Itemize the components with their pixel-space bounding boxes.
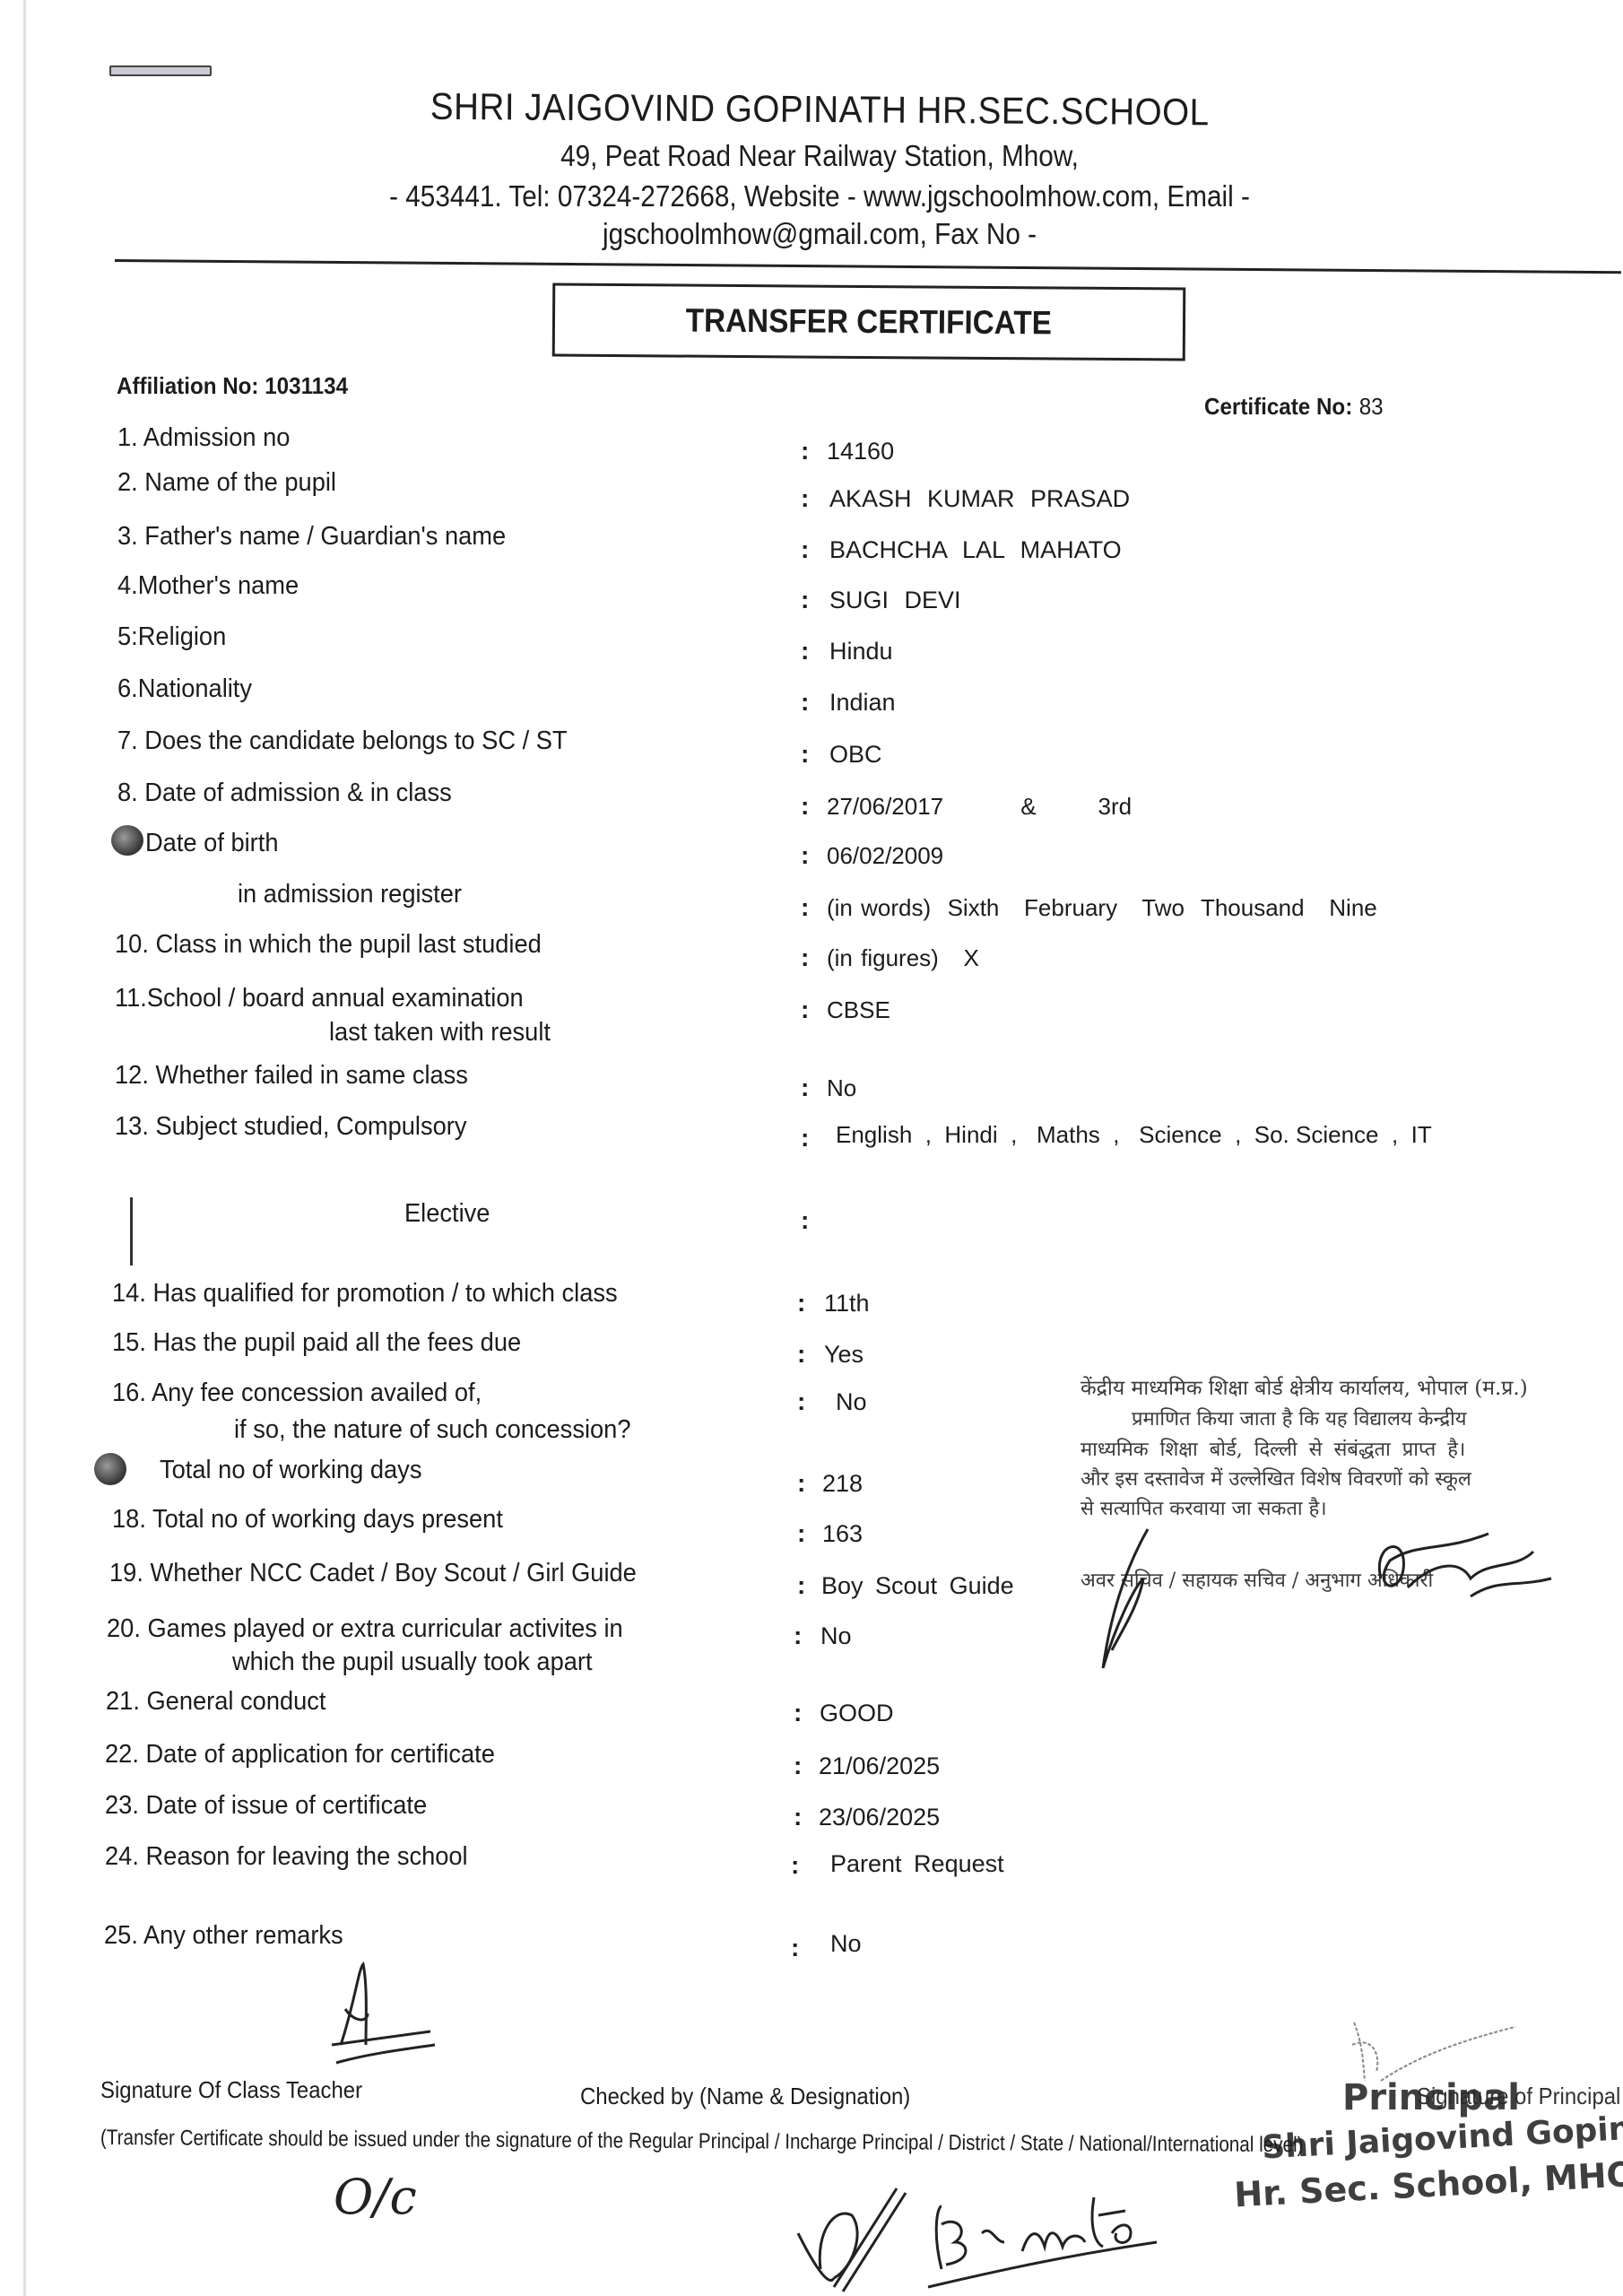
field-value-subjects-compulsory: English , Hindi , Maths , Science , So. … <box>836 1121 1432 1149</box>
affiliation-number: Affiliation No: 1031134 <box>117 372 348 400</box>
field-value-admission-date: 27/06/2017 & 3rd <box>827 793 1132 821</box>
class-teacher-signature <box>305 1960 430 2076</box>
certificate-value: 83 <box>1359 393 1384 420</box>
field-separator: : <box>801 437 809 465</box>
field-label-date-of-birth: Date of birth <box>145 829 279 858</box>
stamp-line-3: माध्यमिक शिक्षा बोर्ड, दिल्ली से संबंद्ध… <box>1081 1435 1465 1462</box>
field-separator: : <box>801 1074 809 1102</box>
field-separator: : <box>797 1289 805 1318</box>
stamp-signature-left <box>1094 1525 1166 1677</box>
field-value-fees-paid: Yes <box>824 1341 864 1369</box>
field-label-nationality: 6.Nationality <box>117 674 252 704</box>
field-separator: : <box>797 1387 805 1416</box>
field-value-category: OBC <box>829 741 882 769</box>
field-value-board-exam: CBSE <box>827 996 890 1024</box>
field-label-fees-paid: 15. Has the pupil paid all the fees due <box>112 1328 521 1358</box>
affiliation-value: 1031134 <box>265 372 348 399</box>
field-label-issue-date: 23. Date of issue of certificate <box>105 1791 427 1821</box>
principal-signature <box>1345 2018 1524 2090</box>
field-value-pupil-name: AKASH KUMAR PRASAD <box>829 485 1130 513</box>
field-label-category: 7. Does the candidate belongs to SC / ST <box>117 726 568 756</box>
certificate-number: Certificate No:83 <box>1204 393 1384 421</box>
field-value-extracurricular: No <box>820 1622 852 1650</box>
field-label-promotion: 14. Has qualified for promotion / to whi… <box>112 1279 618 1309</box>
pen-mark <box>130 1197 133 1265</box>
field-value-father-name: BACHCHA LAL MAHATO <box>829 536 1122 564</box>
field-value-days-present: 163 <box>822 1520 863 1548</box>
field-separator: : <box>791 1934 799 1962</box>
field-label-days-present: 18. Total no of working days present <box>112 1505 503 1535</box>
punch-hole-mark <box>111 825 143 856</box>
field-value-conduct: GOOD <box>820 1700 894 1727</box>
field-separator: : <box>797 1469 805 1498</box>
field-separator: : <box>801 637 809 665</box>
field-separator: : <box>794 1622 802 1650</box>
field-value-admission-no: 14160 <box>827 438 894 465</box>
field-label-admission-register: in admission register <box>238 880 462 909</box>
field-value-nationality: Indian <box>829 689 896 717</box>
field-separator: : <box>794 1752 802 1780</box>
field-label-failed: 12. Whether failed in same class <box>115 1061 468 1091</box>
handwritten-oc-note: O/c <box>334 2169 417 2225</box>
field-label-conduct: 21. General conduct <box>106 1687 326 1717</box>
field-separator: : <box>791 1851 799 1880</box>
field-separator: : <box>801 841 809 870</box>
field-value-application-date: 21/06/2025 <box>819 1752 940 1780</box>
field-separator: : <box>794 1803 802 1831</box>
field-label-working-days: Total no of working days <box>160 1456 421 1485</box>
field-separator: : <box>801 792 809 821</box>
field-label-mother-name: 4.Mother's name <box>117 571 299 601</box>
field-value-dob-in-words: (in words) Sixth February Two Thousand N… <box>827 894 1377 922</box>
field-separator: : <box>801 944 809 972</box>
stamp-line-2: प्रमाणित किया जाता है कि यह विद्यालय केन… <box>1132 1405 1467 1431</box>
field-value-working-days: 218 <box>822 1470 863 1498</box>
field-separator: : <box>801 535 809 564</box>
field-label-last-class: 10. Class in which the pupil last studie… <box>115 930 542 960</box>
stamp-line-5: से सत्यापित करवाया जा सकता है। <box>1081 1494 1327 1521</box>
field-value-promotion: 11th <box>824 1290 870 1318</box>
field-separator: : <box>801 1206 809 1235</box>
field-separator: : <box>797 1340 805 1369</box>
field-label-subjects-compulsory: 13. Subject studied, Compulsory <box>115 1112 466 1142</box>
document-title: TRANSFER CERTIFICATE <box>686 302 1053 343</box>
header-divider <box>115 259 1621 274</box>
school-address-line1: 49, Peat Road Near Railway Station, Mhow… <box>82 139 1542 173</box>
field-separator: : <box>797 1519 805 1548</box>
school-address-line2: - 453441. Tel: 07324-272668, Website - w… <box>82 179 1542 213</box>
scan-edge <box>23 0 26 2296</box>
field-label-pupil-name: 2. Name of the pupil <box>117 468 336 498</box>
stamp-signature-right <box>1363 1525 1569 1623</box>
field-label-ncc-scout: 19. Whether NCC Cadet / Boy Scout / Girl… <box>109 1559 637 1588</box>
field-label-fee-concession: 16. Any fee concession availed of, <box>112 1378 482 1408</box>
field-value-ncc-scout: Boy Scout Guide <box>821 1572 1014 1600</box>
footer-note: (Transfer Certificate should be issued u… <box>100 2126 1304 2158</box>
staple-mark <box>109 65 212 76</box>
field-separator: : <box>801 996 809 1024</box>
field-separator: : <box>797 1571 805 1600</box>
field-value-remarks: No <box>830 1930 862 1958</box>
field-value-mother-name: SUGI DEVI <box>829 587 961 614</box>
punch-hole-mark <box>94 1453 126 1485</box>
field-separator: : <box>801 688 809 717</box>
field-label-extracurricular: 20. Games played or extra curricular act… <box>107 1614 623 1644</box>
field-label-board-exam: 11.School / board annual examination <box>115 984 524 1013</box>
field-label-admission-date: 8. Date of admission & in class <box>117 778 452 808</box>
field-value-issue-date: 23/06/2025 <box>819 1804 940 1831</box>
field-label-extracurricular-cont: which the pupil usually took apart <box>232 1648 593 1677</box>
field-value-religion: Hindu <box>829 638 893 665</box>
document-title-box: TRANSFER CERTIFICATE <box>552 283 1186 361</box>
field-label-subjects-elective: Elective <box>404 1199 490 1229</box>
school-address-line3: jgschoolmhow@gmail.com, Fax No - <box>82 217 1542 251</box>
field-label-board-exam-cont: last taken with result <box>329 1018 551 1048</box>
field-value-failed: No <box>827 1074 856 1102</box>
field-value-leaving-reason: Parent Request <box>830 1850 1004 1878</box>
field-label-fee-concession-cont: if so, the nature of such concession? <box>234 1415 630 1445</box>
field-value-fee-concession: No <box>836 1388 867 1416</box>
field-value-date-of-birth: 06/02/2009 <box>827 842 943 870</box>
field-label-religion: 5:Religion <box>117 622 226 652</box>
field-label-leaving-reason: 24. Reason for leaving the school <box>105 1842 468 1872</box>
field-separator: : <box>801 484 809 513</box>
field-separator: : <box>801 1124 809 1152</box>
field-label-application-date: 22. Date of application for certificate <box>105 1740 495 1770</box>
affiliation-label: Affiliation No: <box>117 372 258 399</box>
field-label-remarks: 25. Any other remarks <box>104 1921 343 1951</box>
school-name: SHRI JAIGOVIND GOPINATH HR.SEC.SCHOOL <box>65 83 1558 137</box>
stamp-line-1: केंद्रीय माध्यमिक शिक्षा बोर्ड क्षेत्रीय… <box>1081 1372 1528 1401</box>
field-label-father-name: 3. Father's name / Guardian's name <box>117 522 506 552</box>
parent-signature <box>780 2170 1202 2296</box>
stamp-line-4: और इस दस्तावेज में उल्लेखित विशेष विवरणो… <box>1081 1465 1471 1492</box>
field-separator: : <box>801 893 809 922</box>
checked-by-label: Checked by (Name & Designation) <box>580 2083 910 2110</box>
field-separator: : <box>794 1699 802 1727</box>
class-teacher-label: Signature Of Class Teacher <box>100 2076 362 2104</box>
field-label-admission-no: 1. Admission no <box>117 423 290 453</box>
field-separator: : <box>801 740 809 769</box>
field-separator: : <box>801 586 809 614</box>
field-value-last-class: (in figures) X <box>827 944 979 972</box>
certificate-label: Certificate No: <box>1204 393 1352 420</box>
